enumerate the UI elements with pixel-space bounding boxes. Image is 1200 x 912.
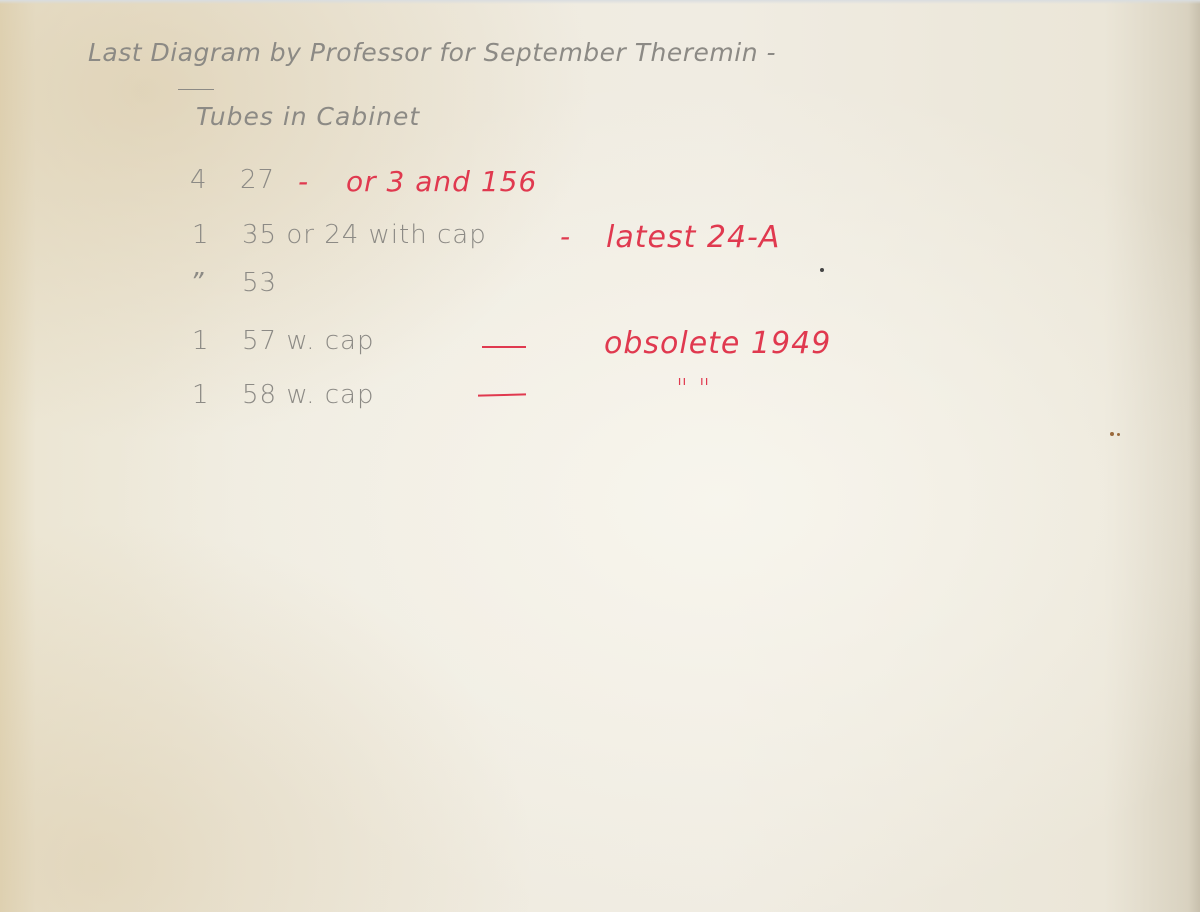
paper-stain — [1110, 432, 1114, 436]
tube-dash: - — [298, 165, 309, 198]
tube-dash: - — [560, 220, 571, 253]
tube-quantity-ditto: ” — [190, 268, 204, 298]
tube-type: 58 w. cap — [242, 380, 375, 410]
tube-quantity: 4 — [190, 165, 208, 195]
tube-type: 35 or 24 with cap — [242, 220, 487, 250]
tube-quantity: 1 — [192, 380, 210, 410]
tube-type: 53 — [242, 268, 277, 298]
title-underline — [178, 89, 214, 90]
tube-note: or 3 and 156 — [346, 165, 537, 198]
ink-dot — [820, 268, 824, 272]
scan-edge — [0, 0, 1200, 4]
tube-type: 57 w. cap — [242, 326, 375, 356]
ditto-marks: " " — [676, 374, 711, 404]
page-subtitle: Tubes in Cabinet — [196, 102, 420, 131]
tube-quantity: 1 — [192, 220, 210, 250]
tube-quantity: 1 — [192, 326, 210, 356]
red-dash — [478, 393, 526, 396]
red-dash — [482, 346, 526, 348]
handwritten-page: Last Diagram by Professor for September … — [0, 0, 1200, 912]
tube-note: latest 24-A — [606, 220, 780, 255]
page-title: Last Diagram by Professor for September … — [88, 38, 776, 67]
paper-stain — [1117, 433, 1120, 436]
tube-note: obsolete 1949 — [604, 326, 831, 361]
tube-type: 27 — [240, 165, 275, 195]
